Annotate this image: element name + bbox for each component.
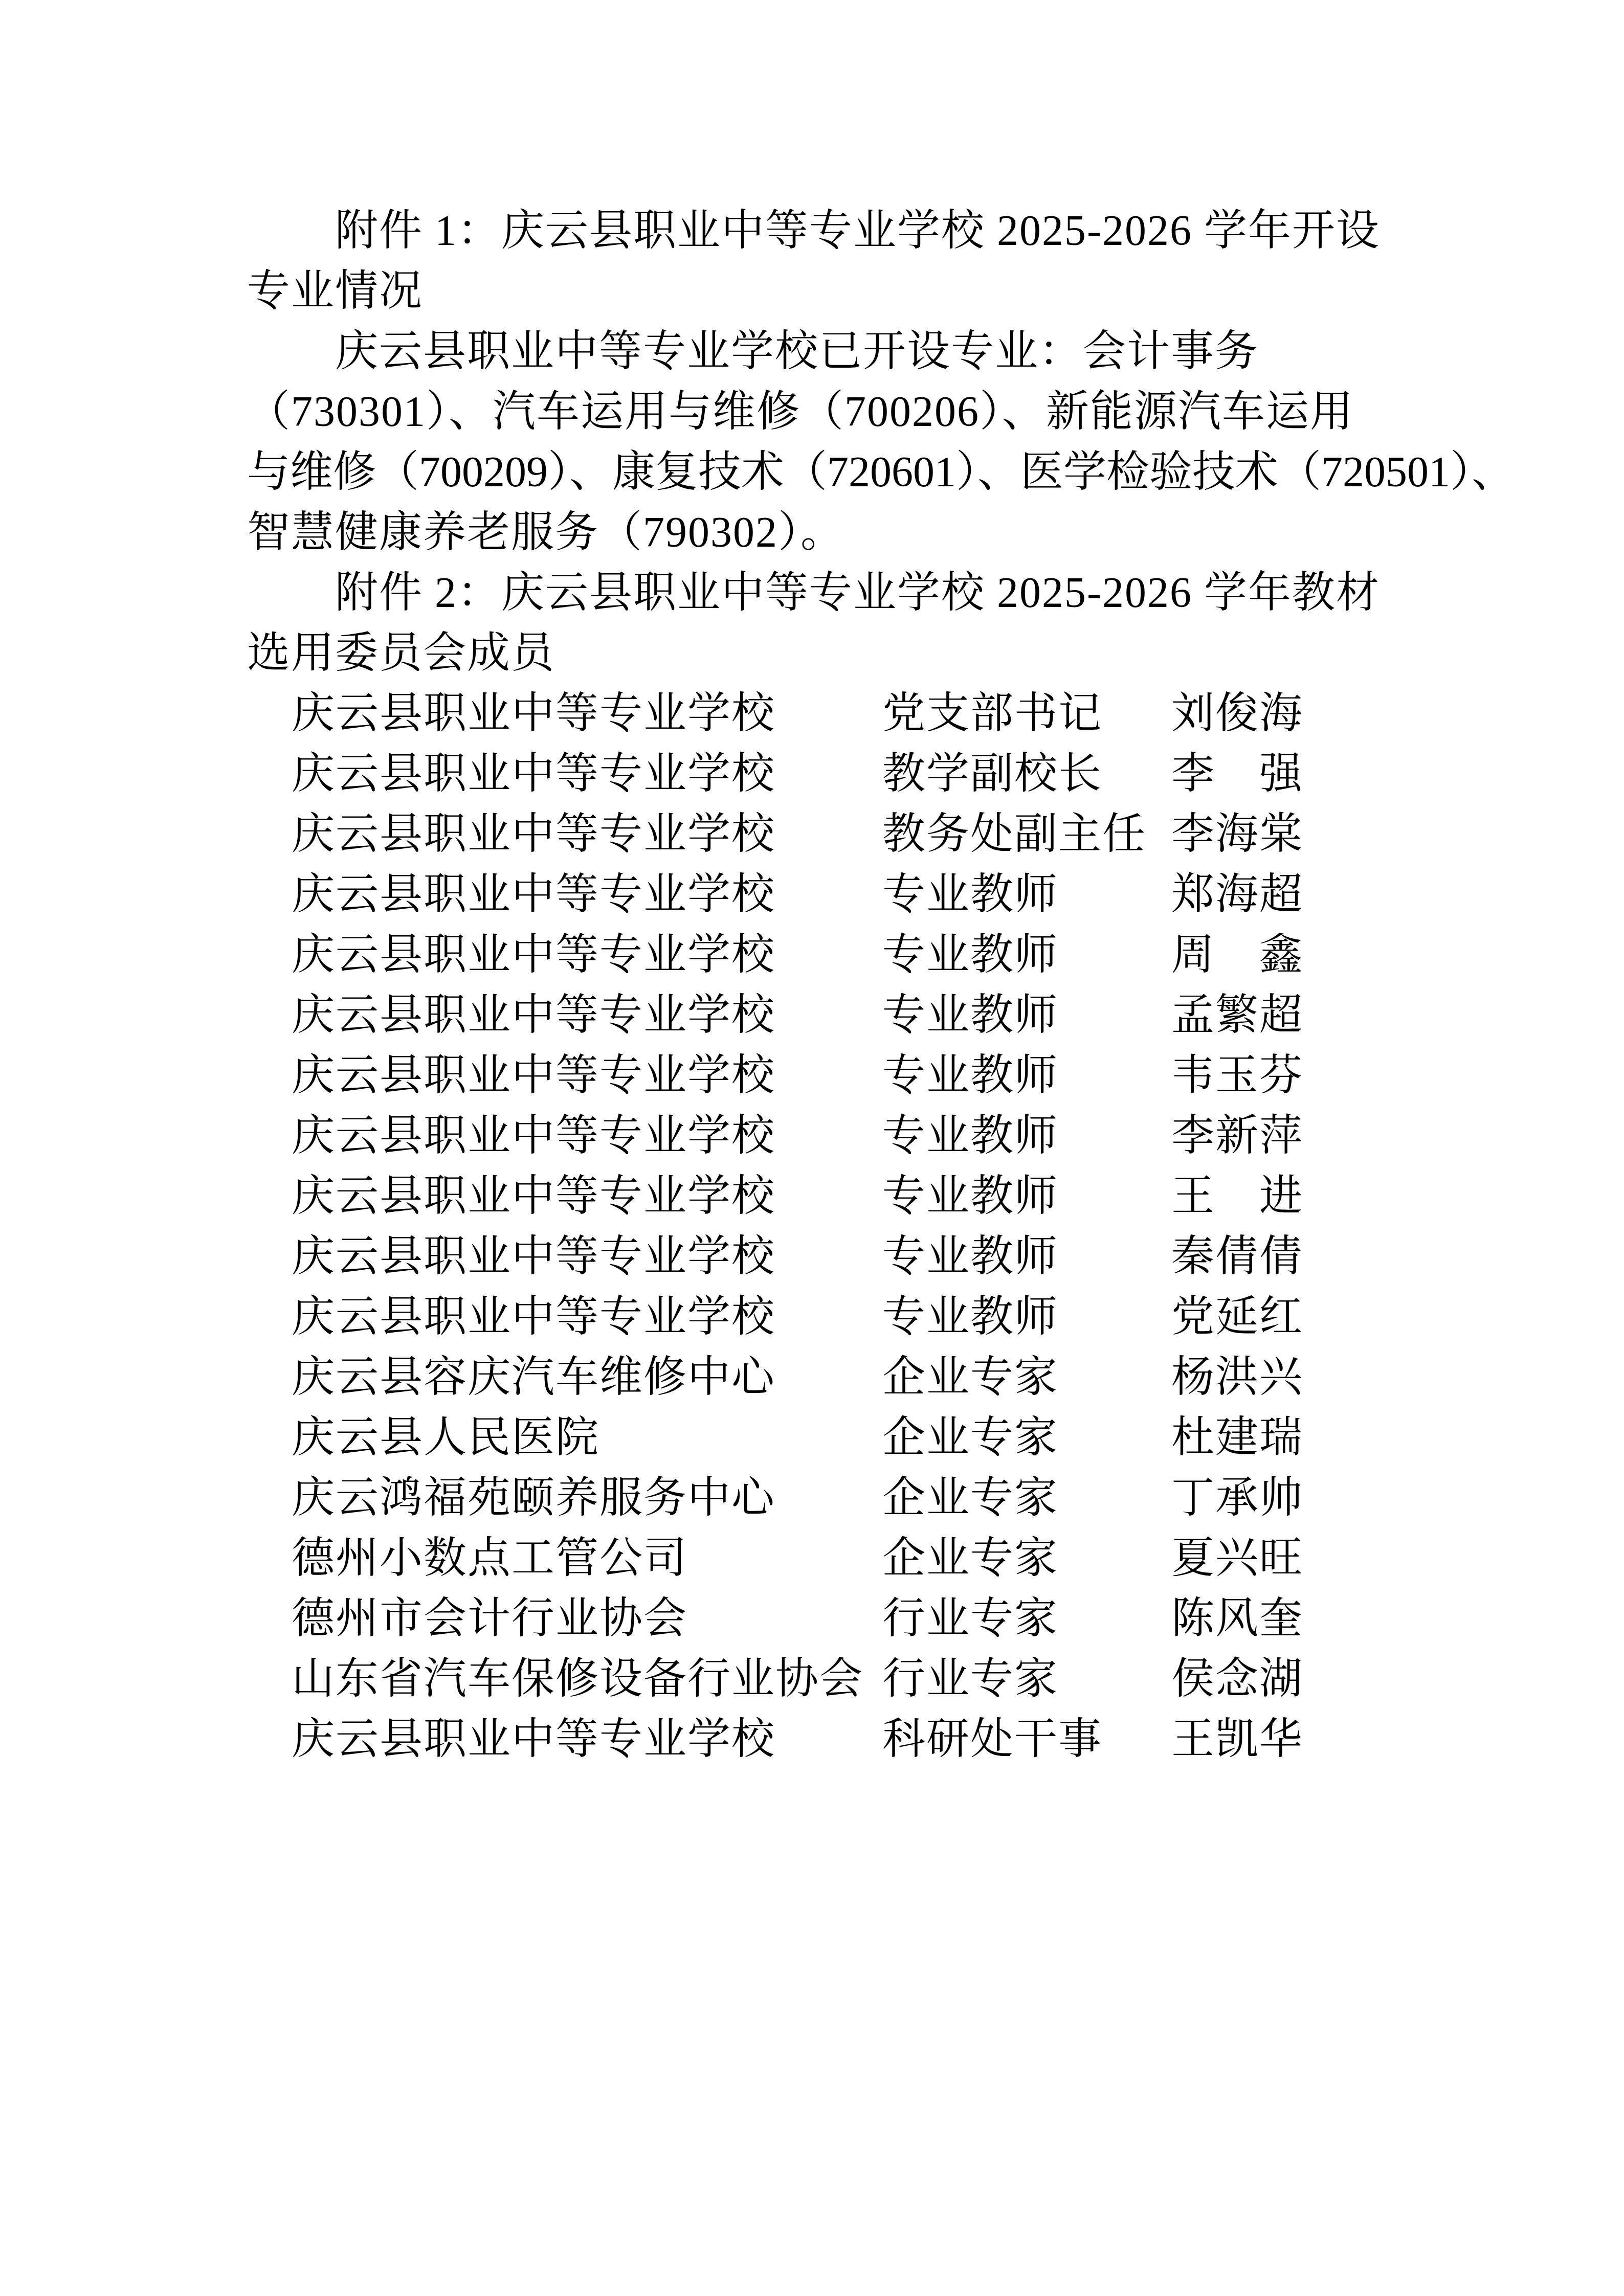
member-row: 庆云县职业中等专业学校 科研处干事 王凯华	[247, 1709, 1624, 1770]
member-organization: 德州小数点工管公司	[292, 1528, 687, 1589]
member-name: 夏兴旺	[1171, 1528, 1303, 1589]
member-name: 周 鑫	[1171, 925, 1303, 985]
member-name: 杨洪兴	[1171, 1347, 1303, 1408]
member-organization: 庆云县职业中等专业学校	[292, 1166, 775, 1227]
member-organization: 山东省汽车保修设备行业协会	[292, 1649, 863, 1709]
member-row: 庆云县职业中等专业学校 党支部书记 刘俊海	[247, 684, 1624, 744]
member-organization: 庆云鸿福苑颐养服务中心	[292, 1468, 775, 1528]
member-row: 庆云县容庆汽车维修中心 企业专家 杨洪兴	[247, 1347, 1624, 1408]
member-row: 庆云县职业中等专业学校 专业教师 郑海超	[247, 865, 1624, 925]
member-row: 山东省汽车保修设备行业协会 行业专家 侯念湖	[247, 1649, 1624, 1709]
member-name: 王 进	[1171, 1166, 1303, 1227]
member-role: 党支部书记	[882, 684, 1102, 744]
member-name: 李海棠	[1171, 804, 1303, 865]
member-row: 庆云县职业中等专业学校 专业教师 秦倩倩	[247, 1227, 1624, 1287]
attachment1-body-line2: （730301）、汽车运用与维修（700206）、新能源汽车运用	[247, 382, 1624, 442]
member-row: 庆云县职业中等专业学校 专业教师 李新萍	[247, 1106, 1624, 1166]
member-organization: 庆云县职业中等专业学校	[292, 925, 775, 985]
attachment1-body-line4: 智慧健康养老服务（790302）。	[247, 503, 1624, 563]
member-role: 教务处副主任	[882, 804, 1146, 865]
member-role: 专业教师	[882, 1106, 1058, 1166]
member-row: 庆云鸿福苑颐养服务中心 企业专家 丁承帅	[247, 1468, 1624, 1528]
member-row: 庆云县职业中等专业学校 专业教师 党延红	[247, 1287, 1624, 1347]
member-role: 专业教师	[882, 1046, 1058, 1106]
member-role: 专业教师	[882, 1287, 1058, 1347]
member-role: 专业教师	[882, 985, 1058, 1046]
member-organization: 庆云县职业中等专业学校	[292, 1709, 775, 1770]
member-name: 秦倩倩	[1171, 1227, 1303, 1287]
attachment2-heading-line1: 附件 2：庆云县职业中等专业学校 2025-2026 学年教材	[247, 563, 1624, 623]
member-role: 企业专家	[882, 1347, 1058, 1408]
member-row: 庆云县职业中等专业学校 专业教师 孟繁超	[247, 985, 1624, 1046]
member-organization: 庆云县职业中等专业学校	[292, 1046, 775, 1106]
member-name: 陈风奎	[1171, 1589, 1303, 1649]
member-name: 李 强	[1171, 744, 1303, 804]
member-role: 行业专家	[882, 1649, 1058, 1709]
member-role: 教学副校长	[882, 744, 1102, 804]
member-role: 企业专家	[882, 1528, 1058, 1589]
member-organization: 庆云县职业中等专业学校	[292, 1287, 775, 1347]
member-row: 庆云县职业中等专业学校 专业教师 韦玉芬	[247, 1046, 1624, 1106]
member-name: 丁承帅	[1171, 1468, 1303, 1528]
member-role: 企业专家	[882, 1468, 1058, 1528]
member-organization: 庆云县人民医院	[292, 1408, 599, 1468]
document-content: 附件 1：庆云县职业中等专业学校 2025-2026 学年开设 专业情况 庆云县…	[247, 201, 1624, 1770]
member-role: 企业专家	[882, 1408, 1058, 1468]
member-role: 专业教师	[882, 1227, 1058, 1287]
member-name: 李新萍	[1171, 1106, 1303, 1166]
member-organization: 庆云县职业中等专业学校	[292, 684, 775, 744]
member-row: 庆云县职业中等专业学校 专业教师 周 鑫	[247, 925, 1624, 985]
document-page: 附件 1：庆云县职业中等专业学校 2025-2026 学年开设 专业情况 庆云县…	[0, 0, 1624, 2296]
member-role: 行业专家	[882, 1589, 1058, 1649]
member-name: 侯念湖	[1171, 1649, 1303, 1709]
member-name: 王凯华	[1171, 1709, 1303, 1770]
member-name: 党延红	[1171, 1287, 1303, 1347]
member-organization: 庆云县容庆汽车维修中心	[292, 1347, 775, 1408]
member-row: 庆云县职业中等专业学校 教学副校长 李 强	[247, 744, 1624, 804]
attachment2-heading-line2: 选用委员会成员	[247, 623, 1624, 684]
member-organization: 庆云县职业中等专业学校	[292, 865, 775, 925]
member-role: 专业教师	[882, 865, 1058, 925]
member-row: 庆云县人民医院 企业专家 杜建瑞	[247, 1408, 1624, 1468]
member-name: 孟繁超	[1171, 985, 1303, 1046]
member-organization: 庆云县职业中等专业学校	[292, 804, 775, 865]
attachment1-body-line1: 庆云县职业中等专业学校已开设专业：会计事务	[247, 322, 1624, 382]
member-name: 杜建瑞	[1171, 1408, 1303, 1468]
member-row: 德州小数点工管公司 企业专家 夏兴旺	[247, 1528, 1624, 1589]
member-organization: 庆云县职业中等专业学校	[292, 985, 775, 1046]
member-organization: 庆云县职业中等专业学校	[292, 1106, 775, 1166]
member-row: 庆云县职业中等专业学校 专业教师 王 进	[247, 1166, 1624, 1227]
member-role: 专业教师	[882, 1166, 1058, 1227]
member-organization: 德州市会计行业协会	[292, 1589, 687, 1649]
attachment1-heading-line2: 专业情况	[247, 261, 1624, 322]
member-name: 韦玉芬	[1171, 1046, 1303, 1106]
member-row: 德州市会计行业协会 行业专家 陈风奎	[247, 1589, 1624, 1649]
member-row: 庆云县职业中等专业学校 教务处副主任 李海棠	[247, 804, 1624, 865]
attachment1-body-line3: 与维修（700209）、康复技术（720601）、医学检验技术（720501）、	[247, 442, 1624, 503]
member-organization: 庆云县职业中等专业学校	[292, 1227, 775, 1287]
member-organization: 庆云县职业中等专业学校	[292, 744, 775, 804]
member-name: 刘俊海	[1171, 684, 1303, 744]
member-role: 科研处干事	[882, 1709, 1102, 1770]
committee-member-list: 庆云县职业中等专业学校 党支部书记 刘俊海 庆云县职业中等专业学校 教学副校长 …	[247, 684, 1624, 1770]
member-name: 郑海超	[1171, 865, 1303, 925]
member-role: 专业教师	[882, 925, 1058, 985]
attachment1-heading-line1: 附件 1：庆云县职业中等专业学校 2025-2026 学年开设	[247, 201, 1624, 261]
